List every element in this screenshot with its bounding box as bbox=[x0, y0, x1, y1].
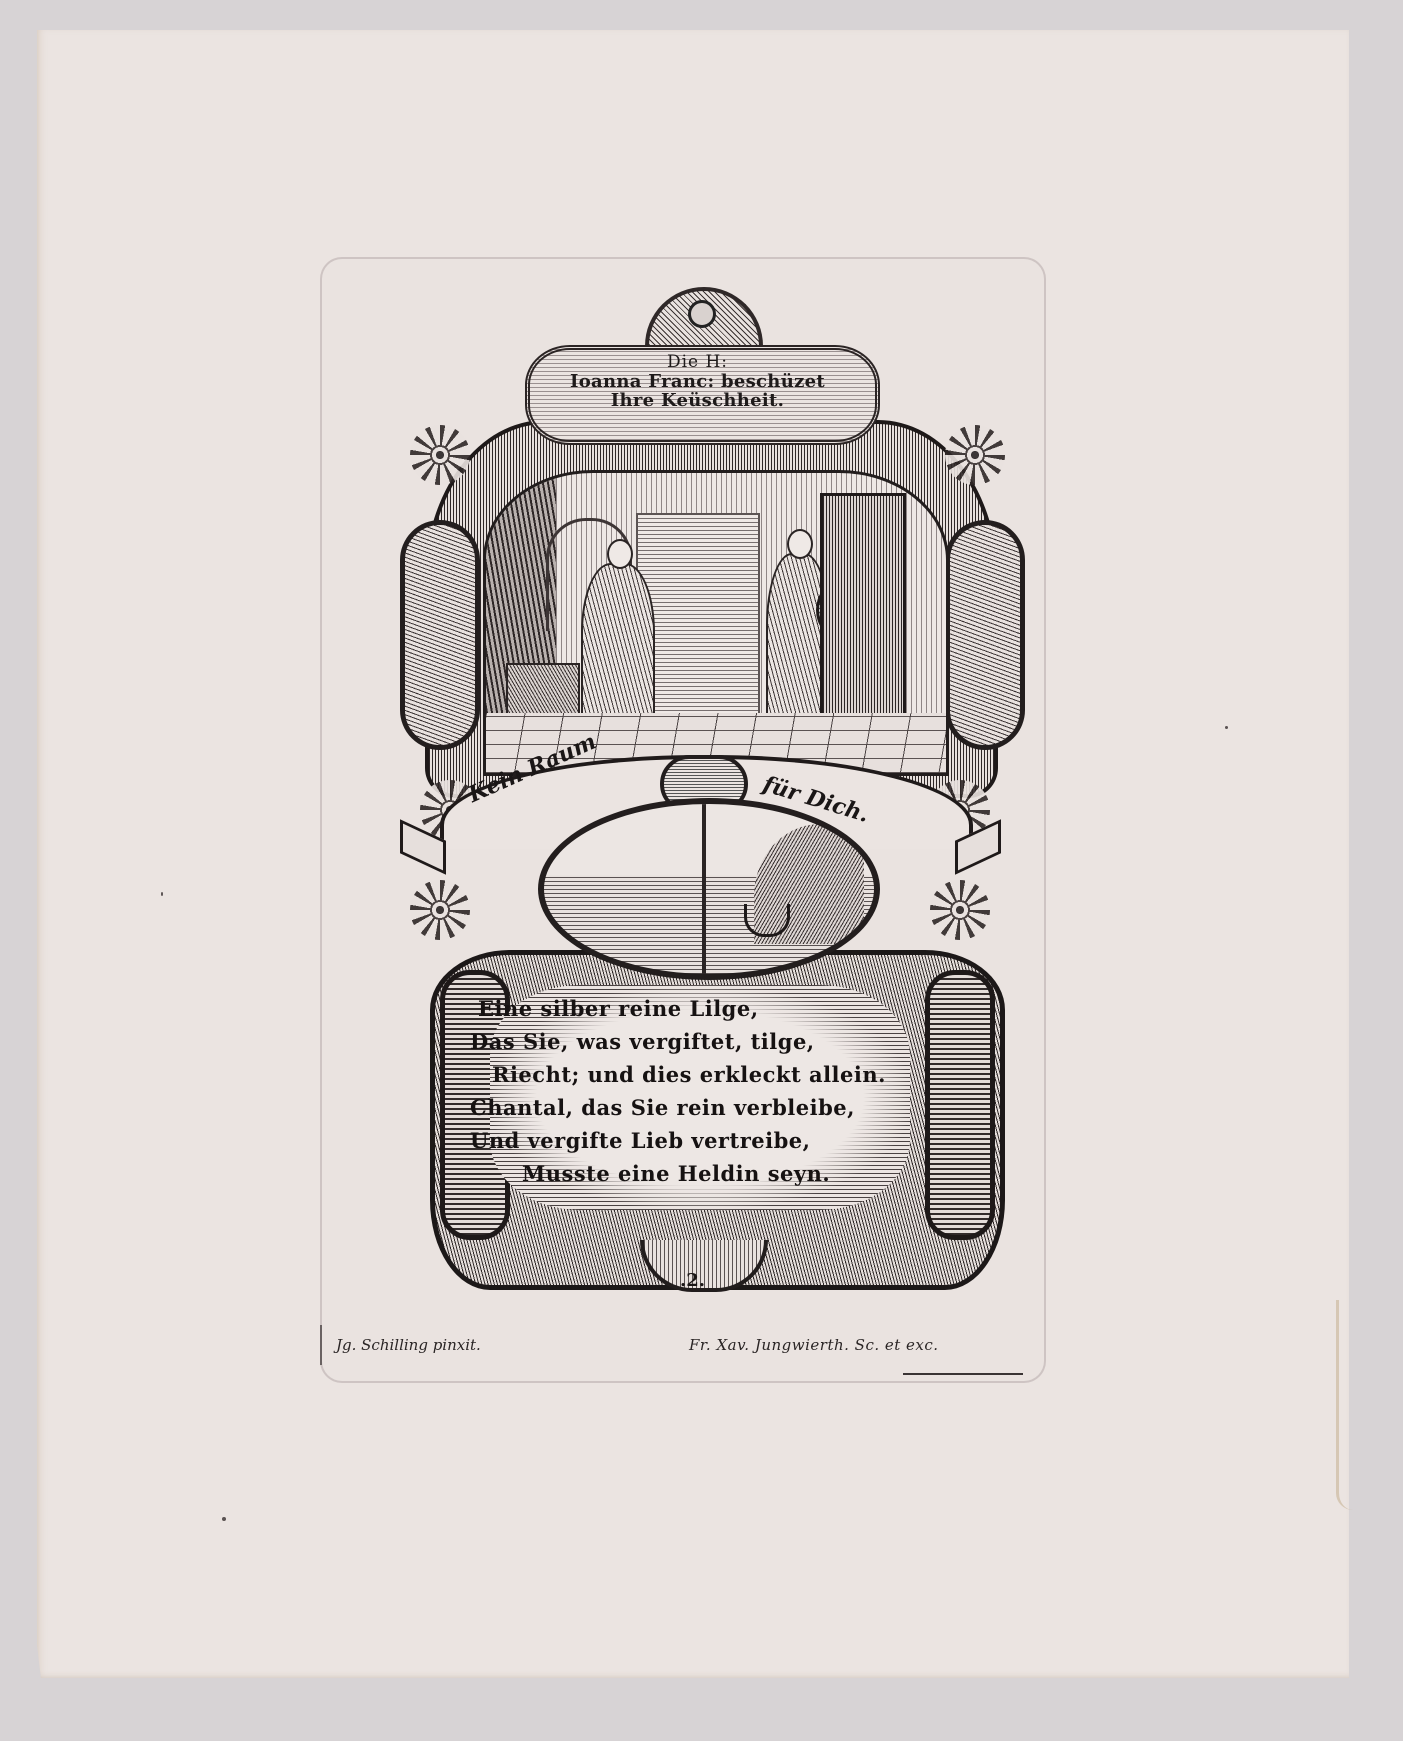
title-line-3: Ihre Keüschheit. bbox=[525, 391, 870, 410]
open-door bbox=[820, 493, 906, 739]
verse-line: Chantal, das Sie rein verbleibe, bbox=[470, 1091, 910, 1124]
frame-scroll-right bbox=[945, 520, 1025, 750]
credit-underline bbox=[903, 1373, 1023, 1375]
title-text: Die H: Ioanna Franc: beschüzet Ihre Keüs… bbox=[525, 353, 870, 410]
title-line-1: Die H: bbox=[525, 353, 870, 372]
flower-icon bbox=[930, 880, 990, 940]
verse-line: Musste eine Heldin seyn. bbox=[470, 1157, 910, 1190]
jewel-icon bbox=[688, 300, 716, 328]
flower-icon bbox=[410, 880, 470, 940]
flower-icon bbox=[945, 425, 1005, 485]
verse-line: Riecht; und dies erkleckt allein. bbox=[470, 1058, 910, 1091]
engraver-credit: Fr. Xav. Jungwierth. Sc. et exc. bbox=[689, 1336, 939, 1354]
landscape-vignette bbox=[538, 798, 880, 980]
plate-edge-mark bbox=[320, 1325, 322, 1365]
frame-scroll-left bbox=[400, 520, 480, 750]
saint-head bbox=[607, 539, 633, 569]
flower-icon bbox=[410, 425, 470, 485]
paper-speck bbox=[222, 1517, 226, 1521]
paper-speck bbox=[1225, 726, 1228, 729]
title-line-2: Ioanna Franc: beschüzet bbox=[525, 372, 870, 391]
verse-text: Eine silber reine Lilge, Das Sie, was ve… bbox=[470, 992, 910, 1190]
verse-line: Und vergifte Lieb vertreibe, bbox=[470, 1124, 910, 1157]
verse-scroll-right bbox=[925, 970, 995, 1240]
paper-torn-edge bbox=[1336, 1300, 1353, 1510]
verse-line: Eine silber reine Lilge, bbox=[470, 992, 910, 1025]
saint-figure bbox=[581, 563, 655, 737]
plate-number: .2. bbox=[680, 1270, 705, 1291]
servant-head bbox=[787, 529, 813, 559]
verse-line: Das Sie, was vergiftet, tilge, bbox=[470, 1025, 910, 1058]
paper-speck bbox=[161, 892, 163, 896]
snake-icon bbox=[744, 904, 790, 937]
interior-scene bbox=[483, 470, 949, 776]
lily-icon bbox=[702, 804, 706, 974]
painter-credit: Jg. Schilling pinxit. bbox=[336, 1336, 481, 1354]
